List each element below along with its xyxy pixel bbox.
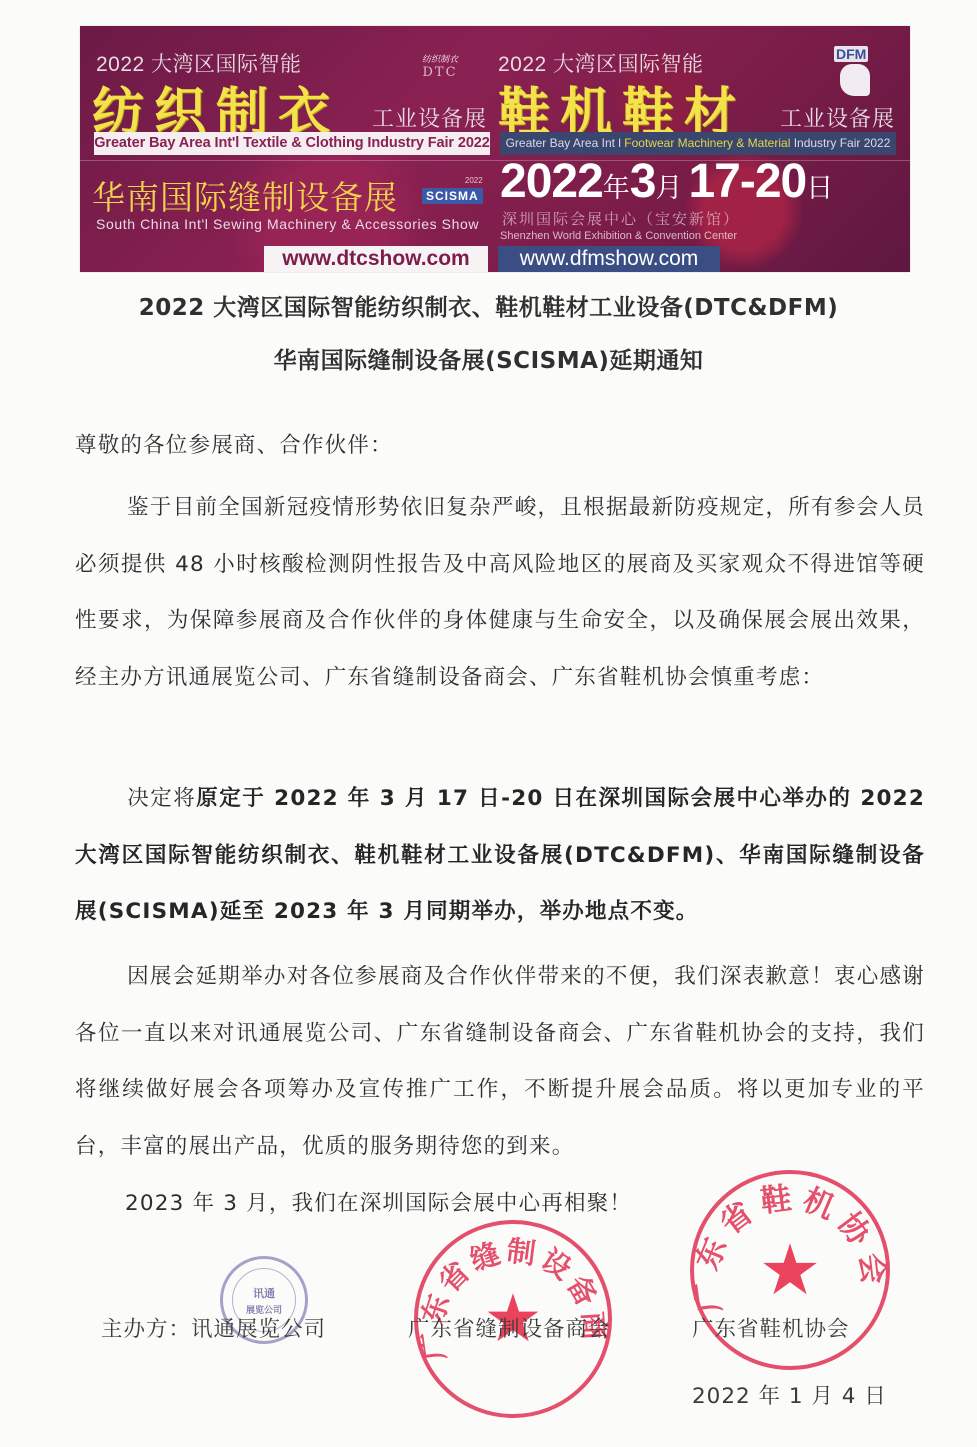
right-show-english-name: Greater Bay Area Int l Footwear Machiner… (500, 132, 896, 155)
date-days: 17-20 (688, 155, 806, 208)
dfm-website-link[interactable]: www.dfmshow.com (498, 246, 720, 272)
notice-title-line1: 2022 大湾区国际智能纺织制衣、鞋机鞋材工业设备(DTC&DFM) (0, 289, 977, 322)
dtc-logo-icon: 纺织制衣 DTC (410, 42, 470, 90)
right-english-suffix: Industry Fair 2022 (790, 136, 890, 150)
paragraph-2: 决定将原定于 2022 年 3 月 17 日-20 日在深圳国际会展中心举办的 … (75, 771, 925, 941)
paragraph-3-text: 因展会延期举办对各位参展商及合作伙伴带来的不便，我们深表歉意！衷心感谢各位一直以… (75, 964, 925, 1159)
organizer-seal-line1: 讯通 (223, 1285, 305, 1301)
organizer-label: 主办方： (101, 1317, 191, 1342)
star-icon: ★ (759, 1235, 822, 1305)
date-day-unit: 日 (806, 173, 833, 204)
paragraph-2-bold: 原定于 2022 年 3 月 17 日-20 日在深圳国际会展中心举办的 202… (75, 786, 925, 924)
dfm-logo-icon: DFM (834, 46, 894, 106)
exhibition-banner: 2022 大湾区国际智能 纺织制衣 工业设备展 纺织制衣 DTC 2022 大湾… (80, 26, 910, 272)
paragraph-2-lead: 决定将 (127, 786, 196, 811)
organizer-name: 讯通展览公司 (191, 1317, 326, 1342)
sewing-show-title: 华南国际缝制设备展 (92, 172, 398, 219)
paragraph-1-text: 鉴于目前全国新冠疫情形势依旧复杂严峻，且根据最新防疫规定，所有参会人员必须提供 … (75, 495, 925, 690)
left-show-exhibition-suffix: 工业设备展 (372, 102, 487, 133)
date-year-unit: 年 (603, 173, 630, 204)
dtc-logo-letters: DTC (422, 65, 457, 80)
right-english-highlight: Footwear Machinery & Material (624, 136, 790, 150)
left-show-english-name: Greater Bay Area Int'l Textile & Clothin… (94, 132, 490, 155)
right-english-prefix: Greater Bay Area Int l (506, 136, 625, 150)
shoe-association-signature: 广东省鞋机协会 (692, 1312, 850, 1343)
show-date: 2022年3月17-20日 (500, 154, 833, 209)
salutation: 尊敬的各位参展商、合作伙伴： (75, 428, 393, 459)
right-show-exhibition-suffix: 工业设备展 (780, 102, 895, 133)
organizer-signature: 主办方：讯通展览公司 (101, 1312, 326, 1343)
dtc-logo-text: 纺织制衣 (422, 52, 458, 65)
venue-chinese: 深圳国际会展中心（宝安新馆） (502, 208, 740, 229)
scisma-logo-icon: 2022 SCISMA (422, 176, 483, 204)
dfm-logo-text: DFM (834, 46, 868, 62)
sewing-chamber-signature: 广东省缝制设备商会 (408, 1312, 611, 1343)
paragraph-3: 因展会延期举办对各位参展商及合作伙伴带来的不便，我们深表歉意！衷心感谢各位一直以… (75, 949, 925, 1175)
scisma-logo-text: SCISMA (422, 188, 483, 204)
sewing-show-english-name: South China Int'l Sewing Machinery & Acc… (96, 216, 479, 232)
date-month-unit: 月 (655, 173, 682, 204)
scisma-logo-year: 2022 (422, 176, 483, 185)
notice-title-line2: 华南国际缝制设备展(SCISMA)延期通知 (0, 342, 977, 375)
venue-english: Shenzhen World Exhibition & Convention C… (500, 230, 737, 242)
paragraph-1: 鉴于目前全国新冠疫情形势依旧复杂严峻，且根据最新防疫规定，所有参会人员必须提供 … (75, 480, 925, 706)
shoe-icon (840, 64, 870, 96)
dtc-website-link[interactable]: www.dtcshow.com (264, 246, 488, 272)
date-month: 3 (630, 155, 656, 208)
date-year: 2022 (500, 155, 603, 208)
closing-line: 2023 年 3 月，我们在深圳国际会展中心再相聚！ (125, 1186, 632, 1217)
signature-date: 2022 年 1 月 4 日 (692, 1379, 887, 1410)
